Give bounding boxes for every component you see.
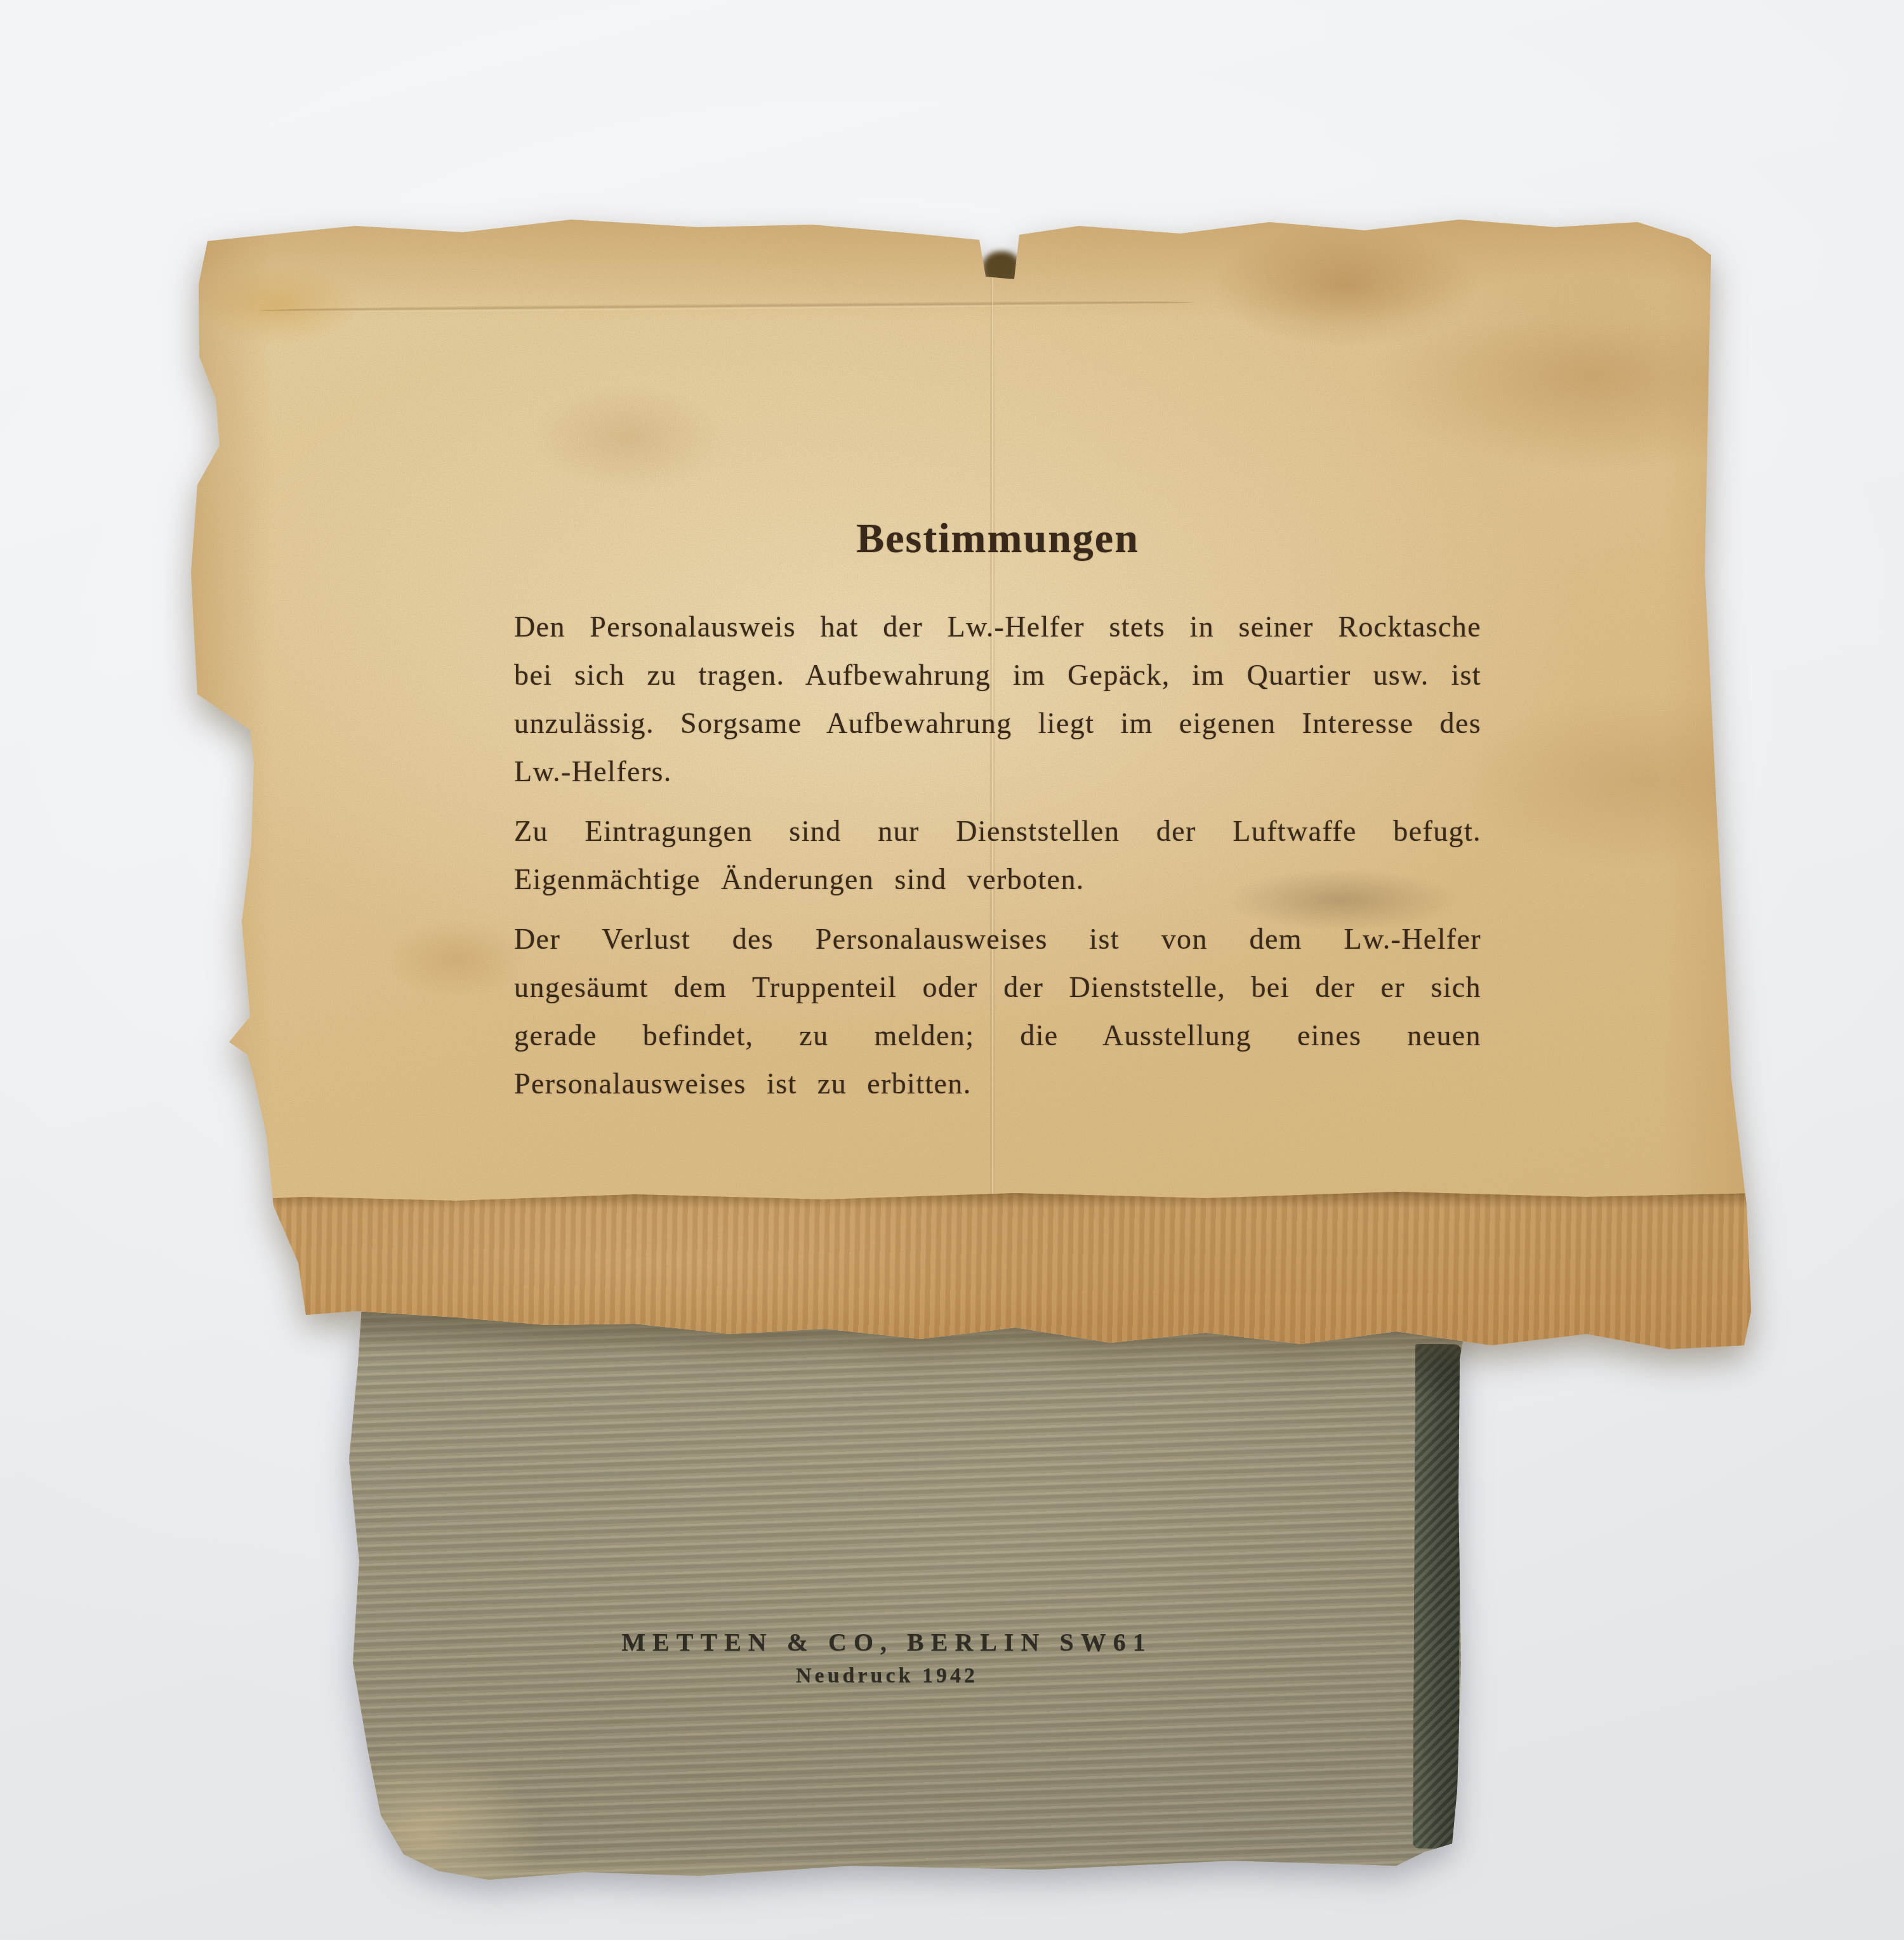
suede-texture [190,1192,1758,1352]
booklet-edge-band [1413,1344,1461,1849]
paragraph-loss-rules: Der Verlust des Personalausweises ist vo… [514,915,1481,1108]
booklet-cloth-texture [343,1307,1469,1901]
booklet: METTEN & CO, BERLIN SW61 Neudruck 1942 [343,1307,1469,1901]
horizontal-crease [260,300,1193,314]
paper-surface: Bestimmungen Den Personalausweis hat der… [190,209,1758,1352]
imprint-publisher: METTEN & CO, BERLIN SW61 [368,1625,1406,1660]
photo-background: METTEN & CO, BERLIN SW61 Neudruck 1942 B… [0,0,1904,1940]
document-title: Bestimmungen [514,515,1481,562]
imprint-reprint-year: Neudruck 1942 [368,1660,1406,1692]
booklet-cover: METTEN & CO, BERLIN SW61 Neudruck 1942 [343,1307,1469,1901]
regulations-card: Bestimmungen Den Personalausweis hat der… [190,209,1758,1352]
printer-imprint: METTEN & CO, BERLIN SW61 Neudruck 1942 [368,1625,1406,1692]
paragraph-entry-rules: Zu Eintragungen sind nur Dienststellen d… [514,807,1481,904]
regulations-text: Bestimmungen Den Personalausweis hat der… [514,515,1481,1108]
suede-bottom-strip [190,1192,1758,1352]
paragraph-carrying-rules: Den Personalausweis hat der Lw.-Helfer s… [514,603,1481,796]
